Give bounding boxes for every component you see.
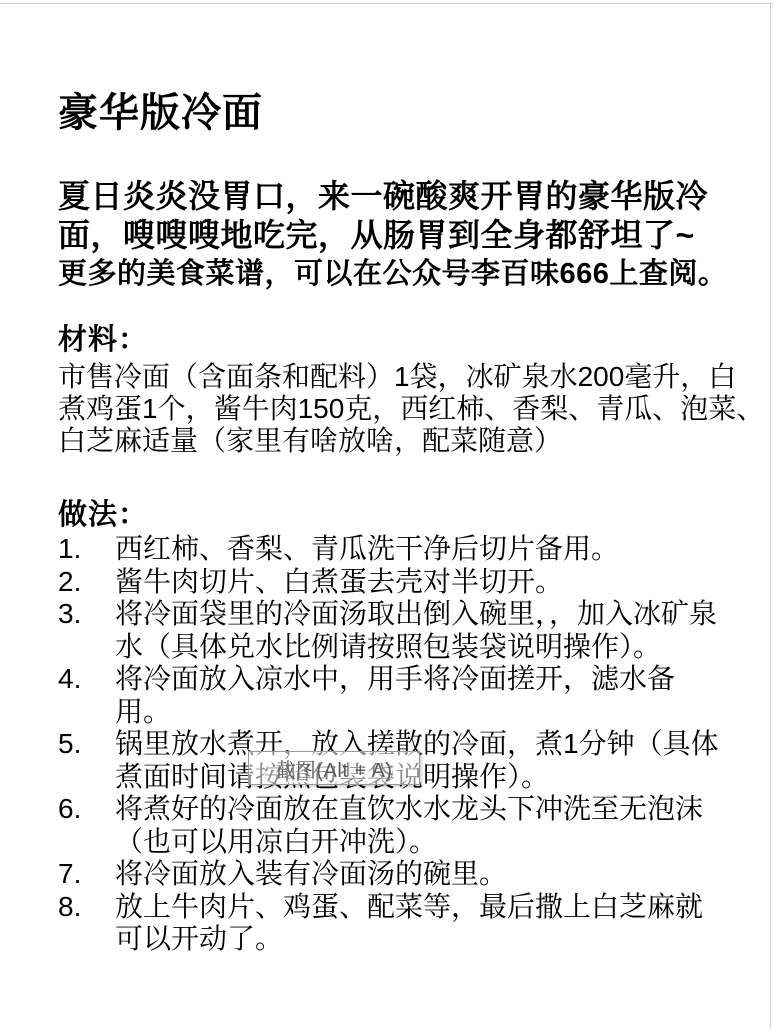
step-text: 将冷面放入凉水中，用手将冷面搓开，滤水备用。: [115, 663, 720, 728]
step-item: 1. 西红柿、香梨、青瓜洗干净后切片备用。: [58, 533, 720, 566]
step-text: 将煮好的冷面放在直饮水水龙头下冲洗至无泡沫（也可以用凉白开冲洗）。: [115, 793, 720, 858]
materials-line: 白芝麻适量（家里有啥放啥，配菜随意）: [58, 425, 720, 457]
document-content: 豪华版冷面 夏日炎炎没胃口，来一碗酸爽开胃的豪华版冷 面，嗖嗖嗖地吃完，从肠胃到…: [58, 0, 720, 956]
page-title: 豪华版冷面: [58, 91, 720, 135]
steps-list: 1. 西红柿、香梨、青瓜洗干净后切片备用。 2. 酱牛肉切片、白煮蛋去壳对半切开…: [58, 533, 720, 956]
step-number: 3.: [58, 598, 115, 631]
step-item: 7. 将冷面放入装有冷面汤的碗里。: [58, 858, 720, 891]
screenshot-shortcut-tooltip-label: 截图(Alt + A): [275, 754, 392, 783]
step-item: 2. 酱牛肉切片、白煮蛋去壳对半切开。: [58, 566, 720, 599]
step-item: 6. 将煮好的冷面放在直饮水水龙头下冲洗至无泡沫（也可以用凉白开冲洗）。: [58, 793, 720, 858]
intro-line: 面，嗖嗖嗖地吃完，从肠胃到全身都舒坦了~: [58, 216, 720, 255]
screenshot-shortcut-tooltip: 截图(Alt + A): [248, 751, 420, 785]
step-item: 3. 将冷面袋里的冷面汤取出倒入碗里，，加入冰矿泉水（具体兑水比例请按照包装袋说…: [58, 598, 720, 663]
materials-heading: 材料：: [58, 324, 720, 357]
recipe-document-page: { "recipe": { "title": "豪华版冷面", "intro":…: [0, 0, 773, 1029]
step-item: 4. 将冷面放入凉水中，用手将冷面搓开，滤水备用。: [58, 663, 720, 728]
step-text: 西红柿、香梨、青瓜洗干净后切片备用。: [115, 533, 720, 566]
step-text: 将冷面放入装有冷面汤的碗里。: [115, 858, 720, 891]
step-number: 2.: [58, 566, 115, 599]
step-number: 5.: [58, 728, 115, 761]
step-text: 将冷面袋里的冷面汤取出倒入碗里，，加入冰矿泉水（具体兑水比例请按照包装袋说明操作…: [115, 598, 720, 663]
materials-line: 市售冷面（含面条和配料）1袋，冰矿泉水200毫升，白: [58, 361, 720, 393]
step-number: 4.: [58, 663, 115, 696]
materials-paragraph: 市售冷面（含面条和配料）1袋，冰矿泉水200毫升，白 煮鸡蛋1个，酱牛肉150克…: [58, 361, 720, 457]
step-number: 1.: [58, 533, 115, 566]
intro-line: 夏日炎炎没胃口，来一碗酸爽开胃的豪华版冷: [58, 177, 720, 216]
step-number: 7.: [58, 858, 115, 891]
step-number: 6.: [58, 793, 115, 826]
step-item: 8. 放上牛肉片、鸡蛋、配菜等，最后撒上白芝麻就可以开动了。: [58, 891, 720, 956]
step-text: 放上牛肉片、鸡蛋、配菜等，最后撒上白芝麻就可以开动了。: [115, 891, 720, 956]
intro-paragraph: 夏日炎炎没胃口，来一碗酸爽开胃的豪华版冷 面，嗖嗖嗖地吃完，从肠胃到全身都舒坦了…: [58, 177, 720, 294]
step-text: 酱牛肉切片、白煮蛋去壳对半切开。: [115, 566, 720, 599]
intro-line: 更多的美食菜谱，可以在公众号李百味666上查阅。: [58, 255, 720, 294]
step-number: 8.: [58, 891, 115, 924]
materials-line: 煮鸡蛋1个，酱牛肉150克，西红柿、香梨、青瓜、泡菜、: [58, 393, 720, 425]
page-edge-right: [770, 3, 771, 1029]
steps-heading: 做法：: [58, 499, 720, 532]
